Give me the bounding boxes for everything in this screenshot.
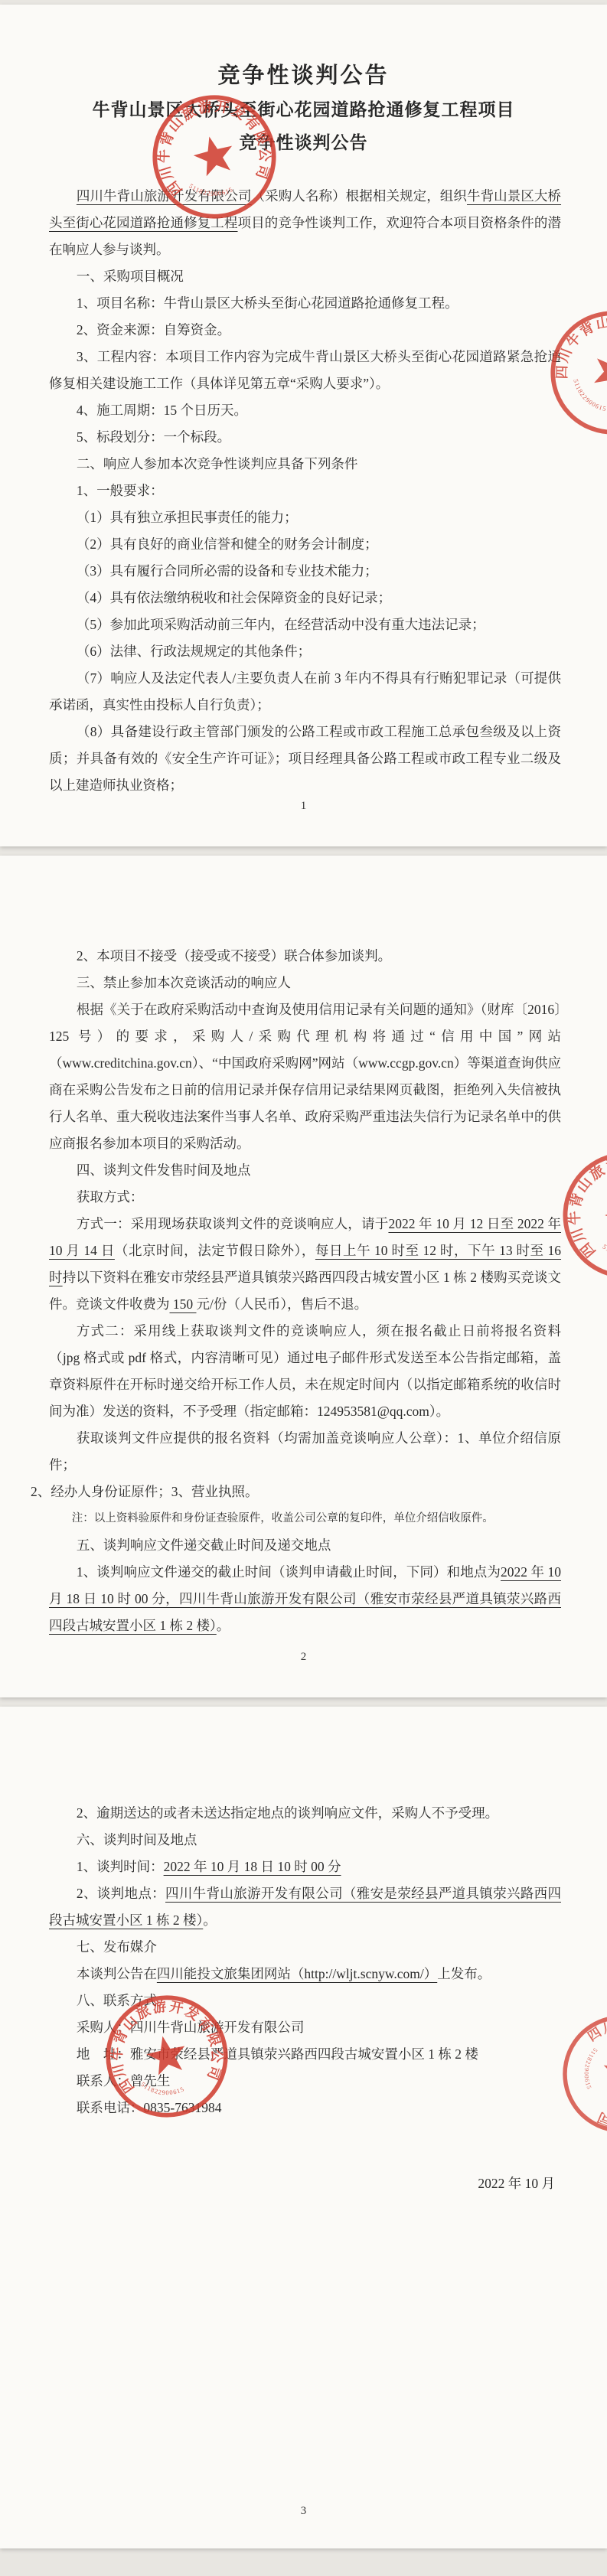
paragraph: 获取方式： bbox=[49, 1184, 561, 1211]
paragraph: 5、标段划分：一个标段。 bbox=[49, 424, 561, 451]
text-segment: 1、谈判响应文件递交的截止时间（谈判申请截止时间，下同）和地点为 bbox=[77, 1564, 501, 1580]
paragraph: （1）具有独立承担民事责任的能力； bbox=[49, 504, 561, 531]
text-segment: 4、施工周期：15 个日历天。 bbox=[77, 403, 247, 418]
page-3: 2、逾期送达的或者未送达指定地点的谈判响应文件，采购人不予受理。六、谈判时间及地… bbox=[0, 1707, 607, 2548]
paragraph: （2）具有良好的商业信誉和健全的财务会计制度； bbox=[49, 531, 561, 558]
page-2-content: 2、本项目不接受（接受或不接受）联合体参加谈判。三、禁止参加本次竞谈活动的响应人… bbox=[0, 856, 607, 1639]
text-segment: 根据《关于在政府采购活动中查询及使用信用记录有关问题的通知》（财库〔2016〕1… bbox=[49, 1002, 561, 1151]
text-segment: （6）法律、行政法规规定的其他条件； bbox=[77, 644, 311, 659]
text-segment: 八、联系方式 bbox=[77, 1993, 157, 2008]
paragraph: 注：以上资料验原件和身份证查验原件，收盖公司公章的复印件，单位介绍信收原件。 bbox=[49, 1505, 561, 1532]
text-segment: 5、标段划分：一个标段。 bbox=[77, 429, 230, 445]
underlined-text: 150 bbox=[170, 1296, 197, 1312]
paragraph: 地 址：雅安市荥经县严道具镇荥兴路西四段古城安置小区 1 栋 2 楼 bbox=[49, 2041, 561, 2068]
text-segment: 2、经办人身份证原件；3、营业执照。 bbox=[31, 1484, 259, 1499]
text-segment: 二、响应人参加本次竞争性谈判应具备下列条件 bbox=[77, 456, 358, 471]
paragraph: 获取谈判文件应提供的报名资料（均需加盖竞谈响应人公章）：1、单位介绍信原件； bbox=[49, 1425, 561, 1479]
paragraph: 本谈判公告在四川能投文旅集团网站（http://wljt.scnyw.com/）… bbox=[49, 1961, 561, 1987]
text-segment: 1、谈判时间： bbox=[77, 1859, 164, 1874]
paragraph: 2022 年 10 月 bbox=[49, 2170, 561, 2197]
title-block: 竞争性谈判公告 牛背山景区大桥头至街心花园道路抢通修复工程项目 竞争性谈判公告 bbox=[0, 5, 607, 154]
text-segment: （3）具有履行合同所必需的设备和专业技术能力； bbox=[77, 563, 378, 579]
project-subtitle: 牛背山景区大桥头至街心花园道路抢通修复工程项目 bbox=[0, 96, 607, 121]
text-segment: 方式一：采用现场获取谈判文件的竞谈响应人，请于 bbox=[77, 1216, 389, 1231]
text-segment: （北京时间，法定节假日除外）， bbox=[115, 1243, 315, 1258]
text-segment: 方式二：采用线上获取谈判文件的竞谈响应人，须在报名截止日前将报名资料（jpg 格… bbox=[49, 1323, 561, 1419]
page-number: 1 bbox=[0, 800, 607, 813]
text-segment: 获取方式： bbox=[77, 1189, 144, 1205]
text-segment: 一、采购项目概况 bbox=[77, 269, 184, 284]
paragraph: 五、谈判响应文件递交截止时间及递交地点 bbox=[49, 1532, 561, 1559]
text-segment: 三、禁止参加本次竞谈活动的响应人 bbox=[77, 975, 291, 990]
paragraph: 根据《关于在政府采购活动中查询及使用信用记录有关问题的通知》（财库〔2016〕1… bbox=[49, 996, 561, 1157]
underlined-text: 四川牛背山旅游开发有限公司 bbox=[77, 188, 252, 204]
paragraph: 一、采购项目概况 bbox=[49, 263, 561, 290]
text-segment: （采购人名称）根据相关规定，组织 bbox=[252, 188, 467, 204]
paragraph: 2、资金来源：自筹资金。 bbox=[49, 317, 561, 344]
paragraph: 4、施工周期：15 个日历天。 bbox=[49, 397, 561, 424]
text-segment: 1、一般要求： bbox=[77, 483, 164, 498]
paragraph: 1、谈判时间：2022 年 10 月 18 日 10 时 00 分 bbox=[49, 1854, 561, 1880]
paragraph: 2、逾期送达的或者未送达指定地点的谈判响应文件，采购人不予受理。 bbox=[49, 1800, 561, 1827]
paragraph: （3）具有履行合同所必需的设备和专业技术能力； bbox=[49, 558, 561, 585]
page-number: 2 bbox=[0, 1651, 607, 1664]
paragraph: （5）参加此项采购活动前三年内，在经营活动中没有重大违法记录； bbox=[49, 611, 561, 638]
text-segment: （8）具备建设行政主管部门颁发的公路工程或市政工程施工总承包叁级及以上资质；并具… bbox=[49, 724, 561, 793]
page-1: 竞争性谈判公告 牛背山景区大桥头至街心花园道路抢通修复工程项目 竞争性谈判公告 … bbox=[0, 5, 607, 846]
text-segment: 五、谈判响应文件递交截止时间及递交地点 bbox=[77, 1537, 331, 1553]
text-segment: 3、工程内容：本项目工作内容为完成牛背山景区大桥头至街心花园道路紧急抢通修复相关… bbox=[49, 349, 561, 391]
text-segment: 2、逾期送达的或者未送达指定地点的谈判响应文件，采购人不予受理。 bbox=[77, 1805, 498, 1821]
paragraph: （8）具备建设行政主管部门颁发的公路工程或市政工程施工总承包叁级及以上资质；并具… bbox=[49, 719, 561, 799]
text-segment: 七、发布媒介 bbox=[77, 1939, 157, 1955]
paragraph: 方式二：采用线上获取谈判文件的竞谈响应人，须在报名截止日前将报名资料（jpg 格… bbox=[49, 1318, 561, 1425]
paragraph: 七、发布媒介 bbox=[49, 1934, 561, 1961]
announcement-subtitle: 竞争性谈判公告 bbox=[0, 129, 607, 154]
document-pages: 竞争性谈判公告 牛背山景区大桥头至街心花园道路抢通修复工程项目 竞争性谈判公告 … bbox=[0, 0, 607, 2576]
text-segment: 2、资金来源：自筹资金。 bbox=[77, 322, 230, 337]
text-segment: 四、谈判文件发售时间及地点 bbox=[77, 1162, 251, 1178]
paragraph: 1、项目名称：牛背山景区大桥头至街心花园道路抢通修复工程。 bbox=[49, 290, 561, 317]
text-segment: （4）具有依法缴纳税收和社会保障资金的良好记录； bbox=[77, 590, 391, 605]
text-segment: 联系电话：0835-7631984 bbox=[77, 2100, 222, 2115]
paragraph: 方式一：采用现场获取谈判文件的竞谈响应人，请于2022 年 10 月 12 日至… bbox=[49, 1211, 561, 1318]
text-segment: 注：以上资料验原件和身份证查验原件，收盖公司公章的复印件，单位介绍信收原件。 bbox=[72, 1512, 494, 1524]
paragraph: 采购人：四川牛背山旅游开发有限公司 bbox=[49, 2014, 561, 2041]
text-segment: 采购人：四川牛背山旅游开发有限公司 bbox=[77, 2020, 305, 2035]
text-segment: （7）响应人及法定代表人/主要负责人在前 3 年内不得具有行贿犯罪记录（可提供承… bbox=[49, 670, 561, 712]
paragraph: 联系电话：0835-7631984 bbox=[49, 2095, 561, 2121]
underlined-text: 四川能投文旅集团网站（http://wljt.scnyw.com/） bbox=[157, 1966, 437, 1981]
page-number: 3 bbox=[0, 2505, 607, 2518]
text-segment: 地 址：雅安市荥经县严道具镇荥兴路西四段古城安置小区 1 栋 2 楼 bbox=[77, 2046, 478, 2062]
paragraph: （4）具有依法缴纳税收和社会保障资金的良好记录； bbox=[49, 585, 561, 611]
paragraph: （7）响应人及法定代表人/主要负责人在前 3 年内不得具有行贿犯罪记录（可提供承… bbox=[49, 665, 561, 719]
underlined-text: 2022 年 10 月 18 日 10 时 00 分 bbox=[164, 1859, 341, 1874]
text-segment: 上发布。 bbox=[437, 1966, 491, 1981]
paragraph: 四、谈判文件发售时间及地点 bbox=[49, 1157, 561, 1184]
page-3-content: 2、逾期送达的或者未送达指定地点的谈判响应文件，采购人不予受理。六、谈判时间及地… bbox=[0, 1707, 607, 2197]
paragraph: （6）法律、行政法规规定的其他条件； bbox=[49, 638, 561, 665]
paragraph: 二、响应人参加本次竞争性谈判应具备下列条件 bbox=[49, 451, 561, 478]
paragraph: 八、联系方式 bbox=[49, 1987, 561, 2014]
text-segment: 。 bbox=[203, 1912, 217, 1928]
paragraph: 2、经办人身份证原件；3、营业执照。 bbox=[31, 1479, 561, 1505]
text-segment: 2、谈判地点： bbox=[77, 1886, 165, 1901]
paragraph: 1、谈判响应文件递交的截止时间（谈判申请截止时间，下同）和地点为2022 年 1… bbox=[49, 1559, 561, 1639]
text-segment: （1）具有独立承担民事责任的能力； bbox=[77, 510, 298, 525]
text-segment: （2）具有良好的商业信誉和健全的财务会计制度； bbox=[77, 536, 378, 552]
text-segment: 1、项目名称：牛背山景区大桥头至街心花园道路抢通修复工程。 bbox=[77, 295, 459, 311]
paragraph: 三、禁止参加本次竞谈活动的响应人 bbox=[49, 970, 561, 996]
paragraph: 1、一般要求： bbox=[49, 478, 561, 504]
text-segment: 获取谈判文件应提供的报名资料（均需加盖竞谈响应人公章）：1、单位介绍信原件； bbox=[49, 1430, 561, 1472]
page-title: 竞争性谈判公告 bbox=[0, 58, 607, 90]
paragraph: 联系人：曾先生 bbox=[49, 2068, 561, 2095]
paragraph: 3、工程内容：本项目工作内容为完成牛背山景区大桥头至街心花园道路紧急抢通修复相关… bbox=[49, 344, 561, 397]
text-segment: 2、本项目不接受（接受或不接受）联合体参加谈判。 bbox=[77, 948, 391, 964]
text-segment: 2022 年 10 月 bbox=[478, 2176, 555, 2191]
scanned-announcement-document: { "seal": { "name": "四川牛背山旅游开发有限公司", "se… bbox=[0, 0, 607, 2576]
text-segment: （5）参加此项采购活动前三年内，在经营活动中没有重大违法记录； bbox=[77, 617, 485, 632]
text-segment: 联系人：曾先生 bbox=[77, 2073, 171, 2089]
text-segment: 元/份（人民币），售后不退。 bbox=[197, 1296, 368, 1312]
page-1-content: 四川牛背山旅游开发有限公司（采购人名称）根据相关规定，组织牛背山景区大桥头至街心… bbox=[0, 161, 607, 799]
text-segment: 本谈判公告在 bbox=[77, 1966, 157, 1981]
paragraph: 2、谈判地点：四川牛背山旅游开发有限公司（雅安是荥经县严道具镇荥兴路西四段古城安… bbox=[49, 1880, 561, 1934]
page-2: 2、本项目不接受（接受或不接受）联合体参加谈判。三、禁止参加本次竞谈活动的响应人… bbox=[0, 856, 607, 1697]
paragraph: 四川牛背山旅游开发有限公司（采购人名称）根据相关规定，组织牛背山景区大桥头至街心… bbox=[49, 183, 561, 263]
text-segment: 六、谈判时间及地点 bbox=[77, 1832, 197, 1847]
paragraph: 2、本项目不接受（接受或不接受）联合体参加谈判。 bbox=[49, 943, 561, 970]
paragraph: 六、谈判时间及地点 bbox=[49, 1827, 561, 1854]
text-segment: 。 bbox=[217, 1618, 230, 1633]
